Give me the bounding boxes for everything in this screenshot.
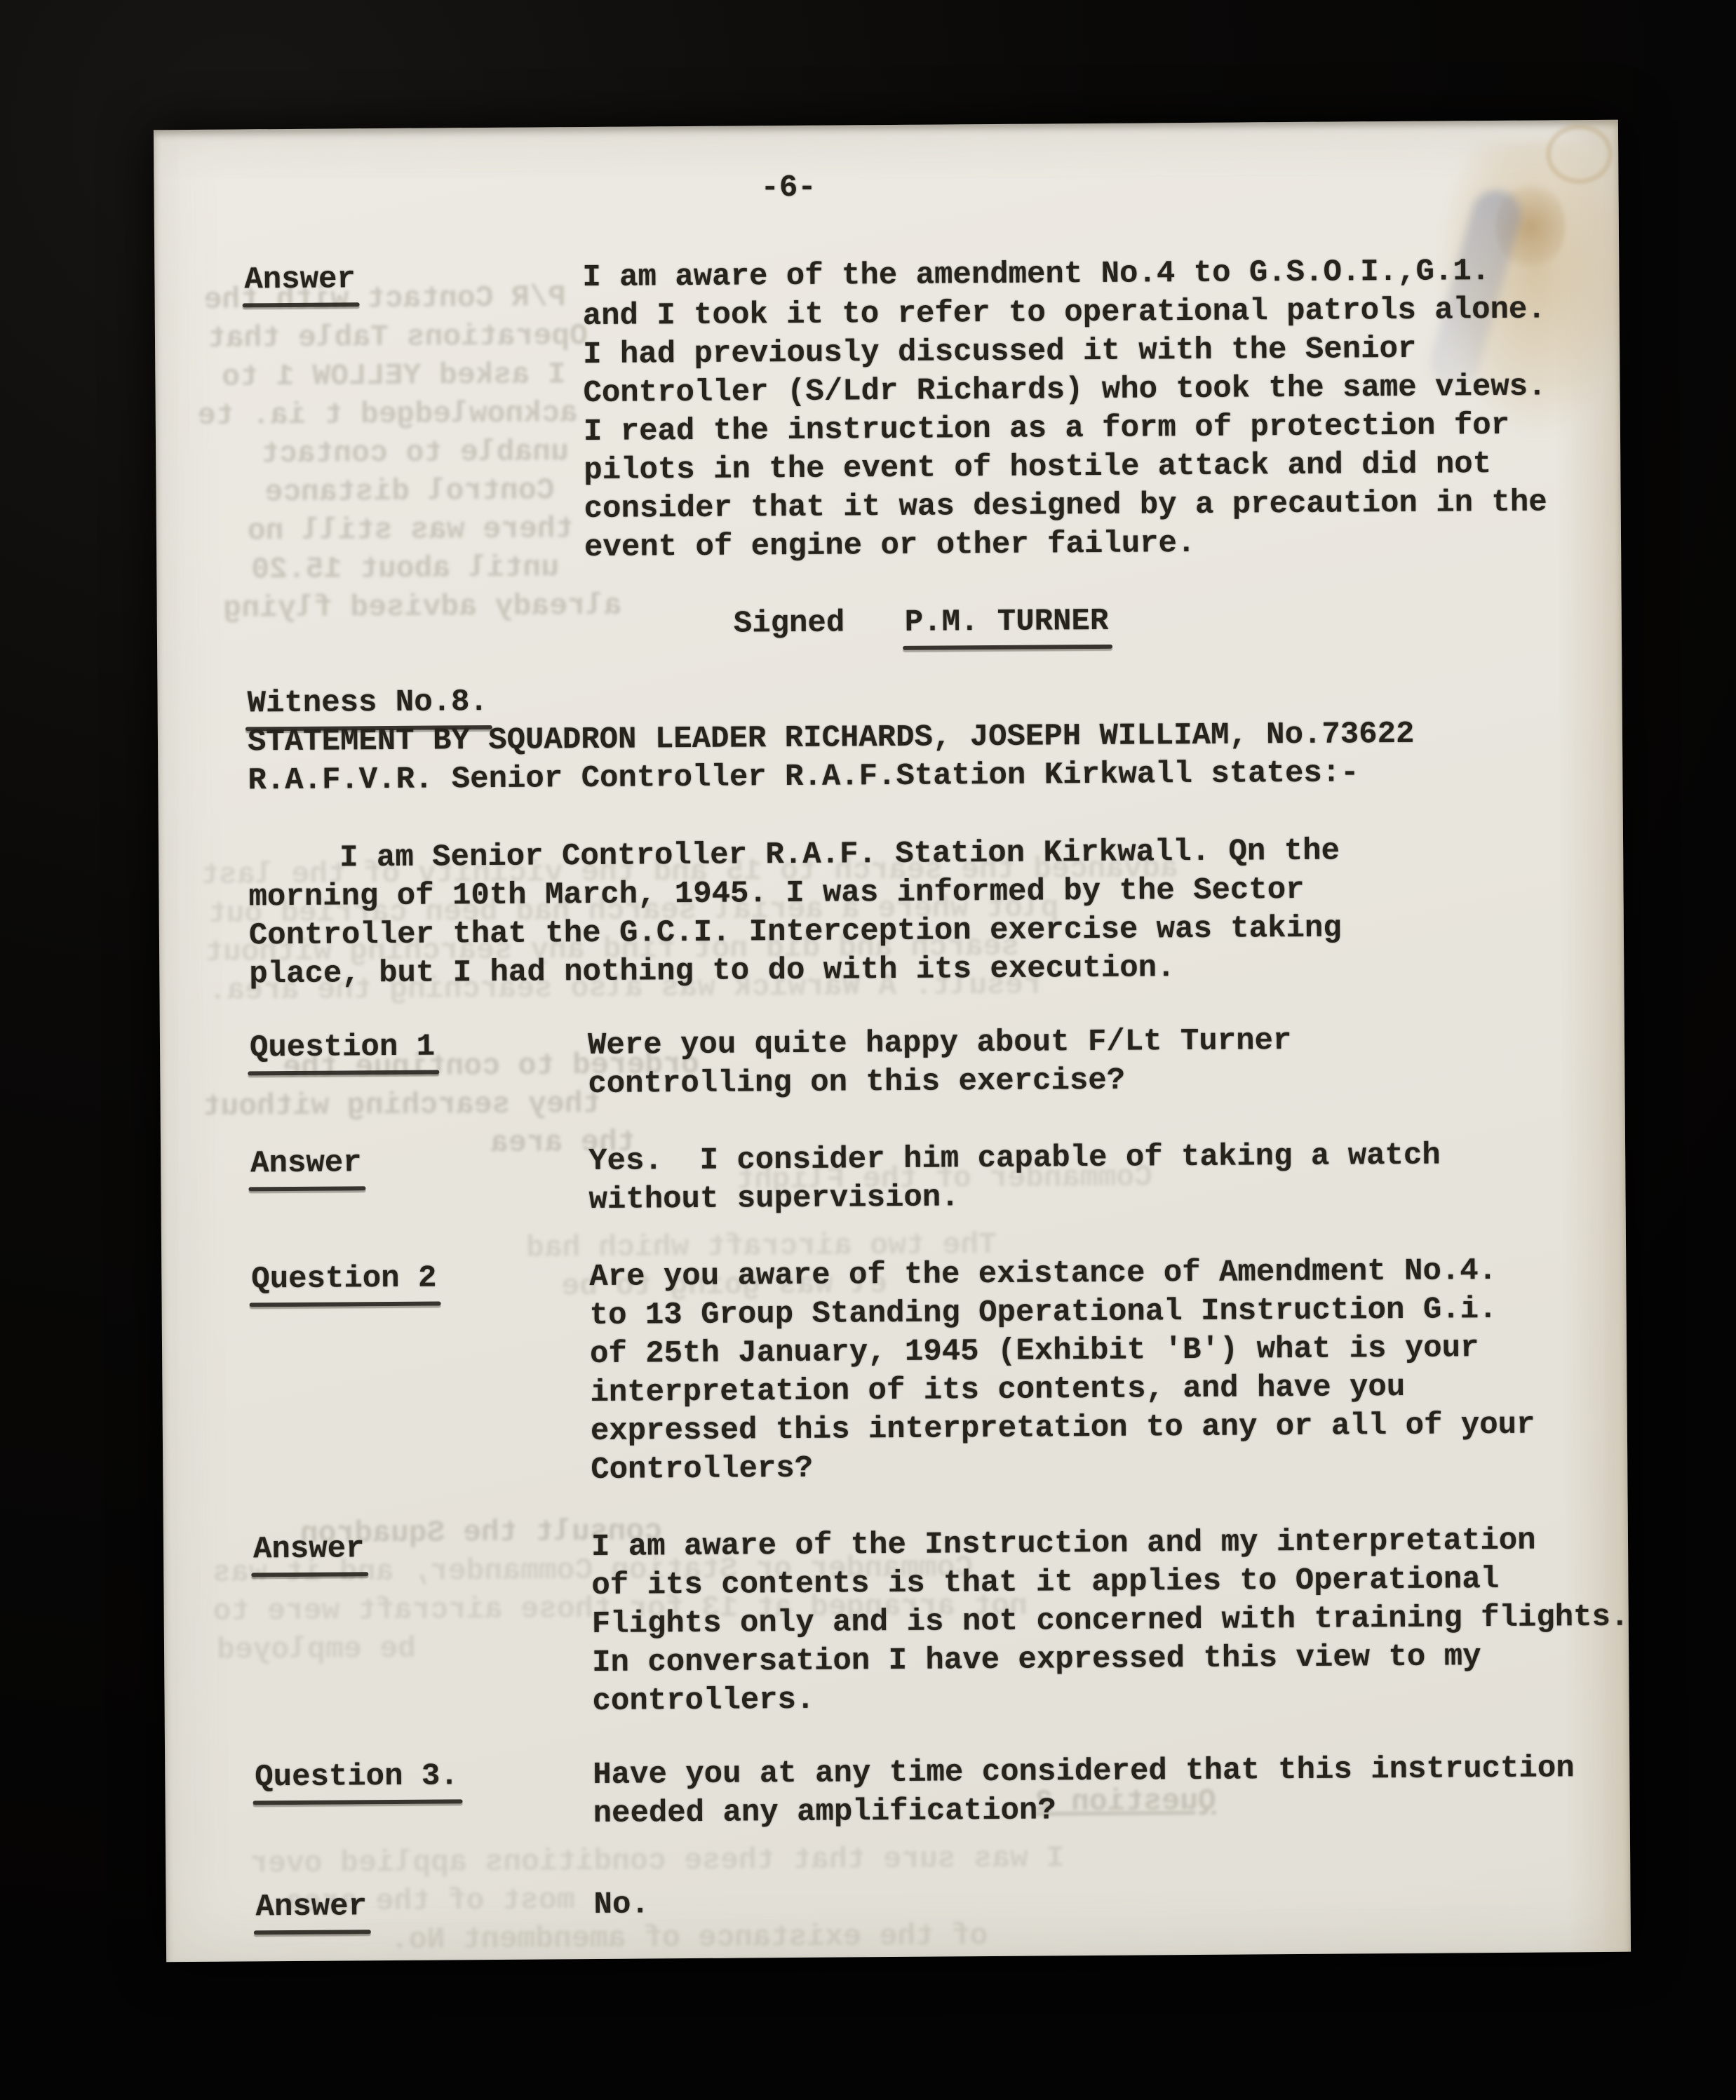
answer-2-label: Answer <box>253 1530 365 1569</box>
answer-2-line: In conversation I have expressed this vi… <box>592 1638 1481 1683</box>
answer-text-line: I had previously discussed it with the S… <box>583 330 1417 375</box>
typed-text-layer: -6- Answer I am aware of the amendment N… <box>154 120 1631 1963</box>
question-2-line: interpretation of its contents, and have… <box>590 1368 1405 1413</box>
statement-paragraph-line: I am Senior Controller R.A.F. Station Ki… <box>339 833 1340 878</box>
answer-text-line: I am aware of the amendment No.4 to G.S.… <box>582 253 1490 297</box>
answer-2-line: of its contents is that it applies to Op… <box>591 1561 1499 1606</box>
question-3-line: Have you at any time considered that thi… <box>593 1749 1575 1795</box>
answer-2-line: controllers. <box>592 1681 814 1721</box>
question-1-line: controlling on this exercise? <box>588 1062 1125 1104</box>
question-3-label: Question 3. <box>255 1757 459 1797</box>
answer-text-line: event of engine or other failure. <box>584 525 1196 567</box>
question-3-line: needed any amplification? <box>593 1791 1056 1833</box>
answer-1-line: without supervision. <box>588 1178 959 1220</box>
question-2-line: Controllers? <box>591 1450 813 1490</box>
question-2-line: expressed this interpretation to any or … <box>591 1406 1535 1451</box>
answer-text-line: pilots in the event of hostile attack an… <box>584 445 1491 490</box>
page-number: -6- <box>760 169 816 208</box>
answer-label: Answer <box>244 260 356 299</box>
answer-1-line: Yes. I consider him capable of taking a … <box>588 1137 1441 1181</box>
signed-label: Signed <box>734 604 845 643</box>
answer-3-label: Answer <box>255 1887 367 1927</box>
answer-text-line: consider that it was designed by a preca… <box>584 483 1547 529</box>
signature-name: P.M. TURNER <box>905 603 1109 642</box>
question-2-label: Question 2 <box>251 1260 436 1300</box>
answer-text-line: I read the instruction as a form of prot… <box>584 407 1510 452</box>
answer-2-line: I am aware of the Instruction and my int… <box>591 1522 1536 1567</box>
statement-line: R.A.F.V.R. Senior Controller R.A.F.Stati… <box>248 754 1359 800</box>
question-1-line: Were you quite happy about F/Lt Turner <box>588 1022 1292 1065</box>
question-1-label: Question 1 <box>250 1028 435 1068</box>
answer-text-line: and I took it to refer to operational pa… <box>583 290 1546 336</box>
answer-text-line: Controller (S/Ldr Richards) who took the… <box>583 368 1546 413</box>
question-2-line: to 13 Group Standing Operational Instruc… <box>590 1291 1498 1335</box>
question-2-line: Are you aware of the existance of Amendm… <box>589 1252 1497 1297</box>
question-2-line: of 25th January, 1945 (Exhibit 'B') what… <box>590 1329 1479 1374</box>
statement-paragraph-line: place, but I had nothing to do with its … <box>249 949 1176 994</box>
answer-3-line: No. <box>593 1885 650 1925</box>
statement-paragraph-line: Controller that the G.C.I. Interception … <box>249 910 1342 956</box>
witness-heading: Witness No.8. <box>247 683 488 723</box>
answer-1-label: Answer <box>250 1144 362 1183</box>
photo-background: P/R Contact with the Operations Table th… <box>0 0 1736 2100</box>
answer-2-line: Flights only and is not concerned with t… <box>592 1598 1629 1644</box>
document-page: P/R Contact with the Operations Table th… <box>154 120 1631 1963</box>
